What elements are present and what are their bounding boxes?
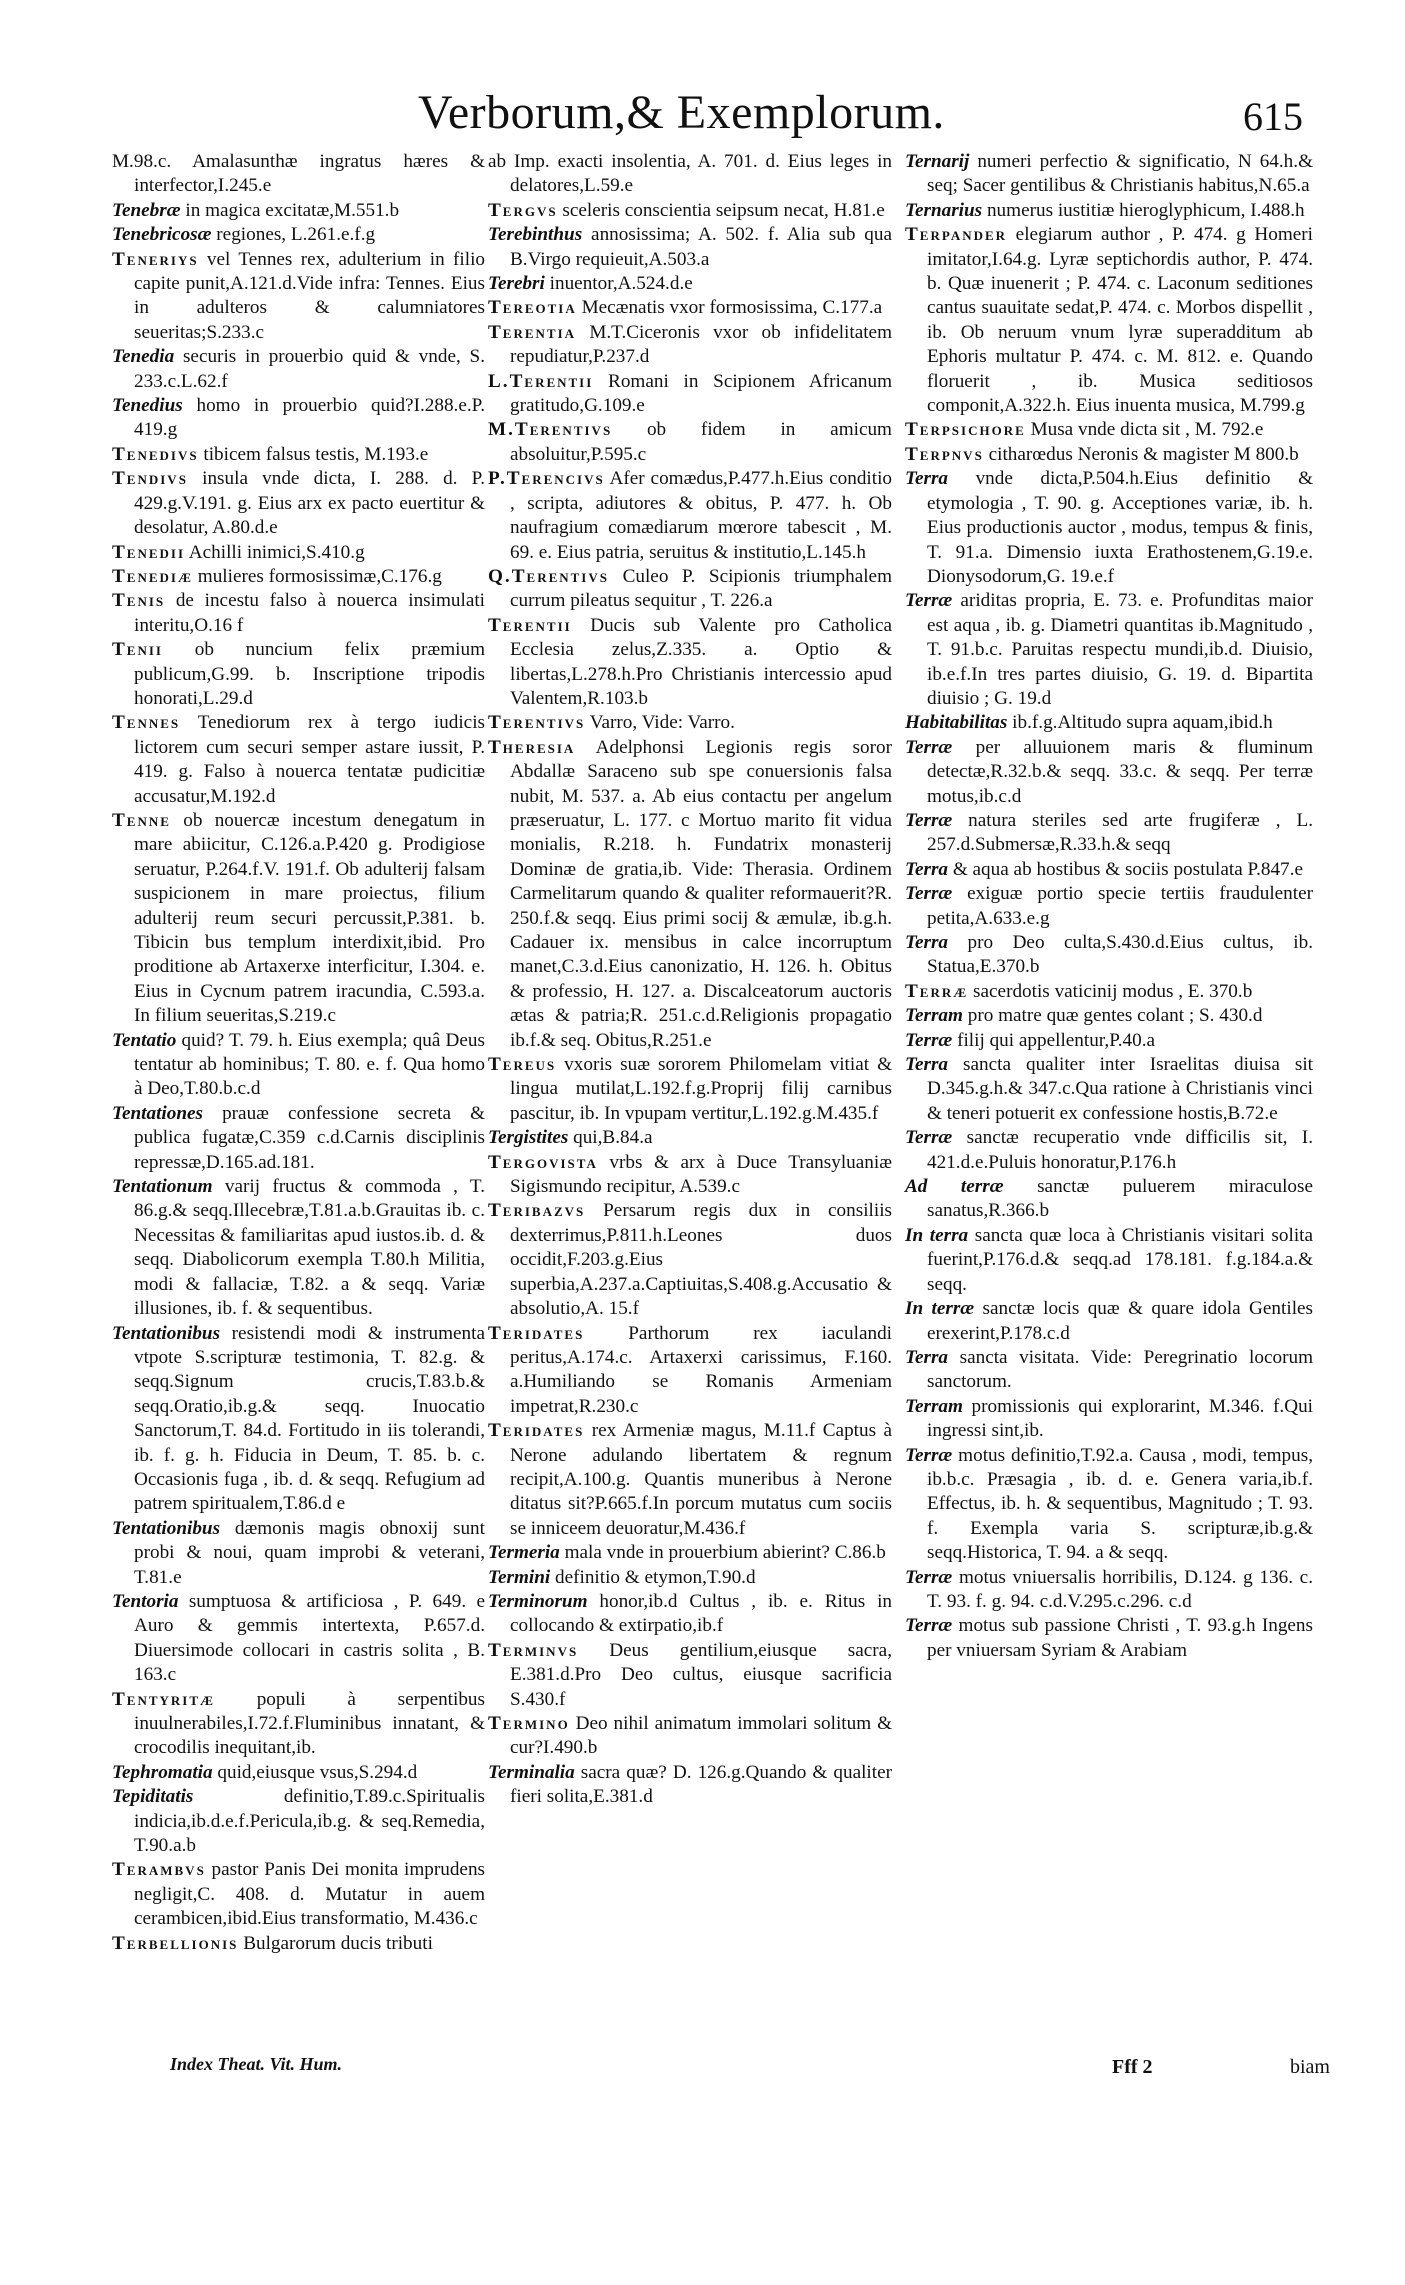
entry-headword: Tennes xyxy=(112,712,180,733)
entry-text: sancta quæ loca à Christianis visitari s… xyxy=(927,1225,1313,1295)
index-entry: Teridates Parthorum rex iaculandi peritu… xyxy=(488,1322,892,1420)
index-entry: Terra sancta qualiter inter Israelitas d… xyxy=(905,1053,1313,1126)
entry-headword: Terminalia xyxy=(488,1762,575,1783)
index-entry: Terbellionis Bulgarorum ducis tributi xyxy=(112,1932,485,1956)
entry-text: & aqua ab hostibus & sociis postulata P.… xyxy=(948,859,1303,880)
index-entry: In terræ sanctæ locis quæ & quare idola … xyxy=(905,1297,1313,1346)
entry-text: ob nouercæ incestum denegatum in mare ab… xyxy=(134,810,485,1026)
index-entry: Terræ sacerdotis vaticinij modus , E. 37… xyxy=(905,980,1313,1004)
entry-headword: Tentationum xyxy=(112,1176,213,1197)
entry-headword: Ad terræ xyxy=(905,1176,1004,1197)
entry-text: de incestu falso à nouerca insimulati in… xyxy=(134,590,485,635)
entry-text: numeri perfectio & significatio, N 64.h.… xyxy=(927,151,1313,196)
entry-text: filij qui appellentur,P.40.a xyxy=(952,1030,1155,1051)
index-entry: Terra vnde dicta,P.504.h.Eius definitio … xyxy=(905,467,1313,589)
entry-text: Mecænatis vxor formosissima, C.177.a xyxy=(577,297,882,318)
entry-headword: Tephromatia xyxy=(112,1762,213,1783)
entry-headword: Terra xyxy=(905,468,948,489)
entry-text: sancta visitata. Vide: Peregrinatio loco… xyxy=(927,1347,1313,1392)
entry-text: in magica excitatæ,M.551.b xyxy=(181,200,399,221)
index-entry: Terræ filij qui appellentur,P.40.a xyxy=(905,1029,1313,1053)
entry-headword: Tenedivs xyxy=(112,444,199,465)
page-number: 615 xyxy=(1243,93,1303,140)
entry-headword: Terræ xyxy=(905,1127,952,1148)
entry-headword: Tenedia xyxy=(112,346,174,367)
entry-text: motus definitio,T.92.a. Causa , modi, te… xyxy=(927,1445,1313,1564)
entry-headword: Tentyritæ xyxy=(112,1689,215,1710)
index-entry: Terram promissionis qui explorarint, M.3… xyxy=(905,1395,1313,1444)
index-entry: Tenebricosæ regiones, L.261.e.f.g xyxy=(112,223,485,247)
index-entry: Tentatio quid? T. 79. h. Eius exempla; q… xyxy=(112,1029,485,1102)
entry-headword: Tenebricosæ xyxy=(112,224,212,245)
entry-text: Achilli inimici,S.410.g xyxy=(185,542,365,563)
index-entry: Terræ sanctæ recuperatio vnde difficilis… xyxy=(905,1126,1313,1175)
entry-headword: Terræ xyxy=(905,810,952,831)
entry-text: tibicem falsus testis, M.193.e xyxy=(199,444,429,465)
index-entry: Tergvs sceleris conscientia seipsum neca… xyxy=(488,199,892,223)
entry-headword: Tentationes xyxy=(112,1103,203,1124)
entry-text: sanctæ locis quæ & quare idola Gentiles … xyxy=(927,1298,1313,1343)
entry-text: resistendi modi & instrumenta vtpote S.s… xyxy=(134,1323,485,1515)
entry-headword: Terra xyxy=(905,859,948,880)
index-column-right: Ternarij numeri perfectio & significatio… xyxy=(905,150,1313,1663)
entry-headword: Tereus xyxy=(488,1054,556,1075)
entry-text: Adelphonsi Legionis regis soror Abdallæ … xyxy=(510,737,892,1051)
index-entry: Tentationes prauæ confessione secreta & … xyxy=(112,1102,485,1175)
entry-headword: Terræ xyxy=(905,1030,952,1051)
entry-text: exiguæ portio specie tertiis fraudulente… xyxy=(927,883,1313,928)
entry-text: Musa vnde dicta sit , M. 792.e xyxy=(1026,419,1264,440)
index-entry: M.98.c. Amalasunthæ ingratus hæres & int… xyxy=(112,150,485,199)
entry-text: Varro, Vide: Varro. xyxy=(585,712,735,733)
index-entry: Terram pro matre quæ gentes colant ; S. … xyxy=(905,1004,1313,1028)
index-entry: Terræ motus sub passione Christi , T. 93… xyxy=(905,1614,1313,1663)
entry-text: citharœdus Neronis & magister M 800.b xyxy=(984,444,1299,465)
index-entry: Terræ motus definitio,T.92.a. Causa , mo… xyxy=(905,1444,1313,1566)
entry-headword: Tentatio xyxy=(112,1030,176,1051)
entry-text: definitio & etymon,T.90.d xyxy=(550,1567,755,1588)
index-entry: Tenedius homo in prouerbio quid?I.288.e.… xyxy=(112,394,485,443)
entry-headword: Termeria xyxy=(488,1542,560,1563)
entry-text: per alluuionem maris & fluminum detectæ,… xyxy=(927,737,1313,807)
entry-headword: Tenebræ xyxy=(112,200,181,221)
entry-headword: Tereotia xyxy=(488,297,577,318)
entry-headword: Tenii xyxy=(112,639,163,660)
page-header: Verborum,& Exemplorum. 615 xyxy=(0,85,1405,145)
entry-headword: Tepiditatis xyxy=(112,1786,193,1807)
entry-headword: Terentia xyxy=(488,322,576,343)
index-entry: Tenedii Achilli inimici,S.410.g xyxy=(112,541,485,565)
index-entry: P.Terencivs Afer comædus,P.477.h.Eius co… xyxy=(488,467,892,565)
entry-text: ob nuncium felix præmium publicum,G.99. … xyxy=(134,639,485,709)
index-entry: Tephromatia quid,eiusque vsus,S.294.d xyxy=(112,1761,485,1785)
entry-headword: Terræ xyxy=(905,883,952,904)
entry-headword: Teridates xyxy=(488,1420,584,1441)
index-entry: Tenebræ in magica excitatæ,M.551.b xyxy=(112,199,485,223)
entry-headword: Terbellionis xyxy=(112,1933,238,1954)
entry-text: vnde dicta,P.504.h.Eius definitio & etym… xyxy=(927,468,1313,587)
entry-headword: Tentoria xyxy=(112,1591,178,1612)
entry-headword: Tentationibus xyxy=(112,1323,220,1344)
running-title: Verborum,& Exemplorum. xyxy=(418,85,945,140)
entry-text: sanctæ recuperatio vnde difficilis sit, … xyxy=(927,1127,1313,1172)
entry-headword: Teribazvs xyxy=(488,1200,585,1221)
entry-text: motus sub passione Christi , T. 93.g.h I… xyxy=(927,1615,1313,1660)
index-column-middle: ab Imp. exacti insolentia, A. 701. d. Ei… xyxy=(488,150,892,1810)
entry-headword: Terentii xyxy=(488,615,572,636)
entry-text: Tenediorum rex à tergo iudicis lictorem … xyxy=(134,712,485,806)
index-entry: Tennes Tenediorum rex à tergo iudicis li… xyxy=(112,711,485,809)
entry-headword: Termino xyxy=(488,1713,570,1734)
entry-headword: Terentivs xyxy=(488,712,585,733)
entry-headword: Terræ xyxy=(905,1615,952,1636)
entry-text: pro Deo culta,S.430.d.Eius cultus, ib. S… xyxy=(927,932,1313,977)
entry-headword: Terram xyxy=(905,1396,963,1417)
entry-text: ib.f.g.Altitudo supra aquam,ibid.h xyxy=(1007,712,1272,733)
entry-text: Bulgarorum ducis tributi xyxy=(238,1933,433,1954)
entry-headword: Ternarij xyxy=(905,151,969,172)
entry-headword: Tenne xyxy=(112,810,171,831)
index-entry: ab Imp. exacti insolentia, A. 701. d. Ei… xyxy=(488,150,892,199)
entry-headword: M.Terentivs xyxy=(488,419,612,440)
entry-text: quid,eiusque vsus,S.294.d xyxy=(213,1762,418,1783)
entry-headword: L.Terentii xyxy=(488,371,593,392)
entry-headword: Ternarius xyxy=(905,200,982,221)
index-entry: Ternarij numeri perfectio & significatio… xyxy=(905,150,1313,199)
index-entry: Terræ per alluuionem maris & fluminum de… xyxy=(905,736,1313,809)
entry-headword: Tendivs xyxy=(112,468,188,489)
index-entry: L.Terentii Romani in Scipionem Africanum… xyxy=(488,370,892,419)
index-entry: Teribazvs Persarum regis dux in consilii… xyxy=(488,1199,892,1321)
entry-text: ariditas propria, E. 73. e. Profunditas … xyxy=(927,590,1313,709)
index-entry: Tereotia Mecænatis vxor formosissima, C.… xyxy=(488,296,892,320)
entry-headword: In terræ xyxy=(905,1298,974,1319)
entry-headword: Terpander xyxy=(905,224,1007,245)
index-entry: Terminorum honor,ib.d Cultus , ib. e. Ri… xyxy=(488,1590,892,1639)
entry-headword: Habitabilitas xyxy=(905,712,1007,733)
index-entry: Terentia M.T.Ciceronis vxor ob infidelit… xyxy=(488,321,892,370)
catchword: biam xyxy=(1290,2056,1330,2079)
entry-text: qui,B.84.a xyxy=(568,1127,652,1148)
entry-text: mala vnde in prouerbium abierint? C.86.b xyxy=(560,1542,886,1563)
entry-headword: Terram xyxy=(905,1005,963,1026)
entry-text: promissionis qui explorarint, M.346. f.Q… xyxy=(927,1396,1313,1441)
entry-text: homo in prouerbio quid?I.288.e.P. 419.g xyxy=(134,395,485,440)
index-entry: Terra pro Deo culta,S.430.d.Eius cultus,… xyxy=(905,931,1313,980)
index-entry: Tenii ob nuncium felix præmium publicum,… xyxy=(112,638,485,711)
index-entry: In terra sancta quæ loca à Christianis v… xyxy=(905,1224,1313,1297)
entry-text: vxoris suæ sororem Philomelam vitiat & l… xyxy=(510,1054,892,1124)
index-entry: Terræ ariditas propria, E. 73. e. Profun… xyxy=(905,589,1313,711)
entry-headword: Terræ xyxy=(905,981,968,1002)
index-entry: Tenis de incestu falso à nouerca insimul… xyxy=(112,589,485,638)
entry-headword: P.Terencivs xyxy=(488,468,605,489)
index-entry: Terentii Ducis sub Valente pro Catholica… xyxy=(488,614,892,712)
entry-headword: Terebri xyxy=(488,273,545,294)
signature-mark: Fff 2 xyxy=(1112,2056,1153,2079)
entry-text: elegiarum author , P. 474. g Homeri imit… xyxy=(927,224,1313,416)
entry-headword: Terpsichore xyxy=(905,419,1026,440)
index-entry: Tentyritæ populi à serpentibus inuulnera… xyxy=(112,1688,485,1761)
entry-headword: Terra xyxy=(905,1054,948,1075)
index-entry: Ternarius numerus iustitiæ hieroglyphicu… xyxy=(905,199,1313,223)
index-entry: Terebinthus annosissima; A. 502. f. Alia… xyxy=(488,223,892,272)
index-entry: Tentationum varij fructus & commoda , T.… xyxy=(112,1175,485,1321)
entry-text: sumptuosa & artificiosa , P. 649. e Auro… xyxy=(134,1591,485,1685)
index-entry: Terpnvs citharœdus Neronis & magister M … xyxy=(905,443,1313,467)
entry-text: sancta qualiter inter Israelitas diuisa … xyxy=(927,1054,1313,1124)
index-entry: Terræ exiguæ portio specie tertiis fraud… xyxy=(905,882,1313,931)
index-entry: Tergistites qui,B.84.a xyxy=(488,1126,892,1150)
entry-headword: Terræ xyxy=(905,1445,952,1466)
index-entry: Terambvs pastor Panis Dei monita imprude… xyxy=(112,1858,485,1931)
entry-text: numerus iustitiæ hieroglyphicum, I.488.h xyxy=(982,200,1304,221)
entry-text: securis in prouerbio quid & vnde, S. 233… xyxy=(134,346,485,391)
index-entry: Terra & aqua ab hostibus & sociis postul… xyxy=(905,858,1313,882)
index-entry: Tereus vxoris suæ sororem Philomelam vit… xyxy=(488,1053,892,1126)
entry-headword: Terra xyxy=(905,932,948,953)
entry-headword: Terræ xyxy=(905,737,952,758)
entry-headword: Terminorum xyxy=(488,1591,588,1612)
entry-text: sceleris conscientia seipsum necat, H.81… xyxy=(558,200,885,221)
index-entry: Terebri inuentor,A.524.d.e xyxy=(488,272,892,296)
index-entry: Termini definitio & etymon,T.90.d xyxy=(488,1566,892,1590)
entry-headword: Theresia xyxy=(488,737,575,758)
index-entry: Terentivs Varro, Vide: Varro. xyxy=(488,711,892,735)
index-column-left: M.98.c. Amalasunthæ ingratus hæres & int… xyxy=(112,150,485,1956)
entry-headword: Tenediæ xyxy=(112,566,193,587)
entry-text: regiones, L.261.e.f.g xyxy=(212,224,376,245)
index-entry: Ad terræ sanctæ puluerem miraculose sana… xyxy=(905,1175,1313,1224)
entry-text: inuentor,A.524.d.e xyxy=(545,273,693,294)
index-entry: Tendivs insula vnde dicta, I. 288. d. P.… xyxy=(112,467,485,540)
entry-headword: Terræ xyxy=(905,590,952,611)
entry-text: motus vniuersalis horribilis, D.124. g 1… xyxy=(927,1567,1313,1612)
index-entry: Tergovista vrbs & arx à Duce Transyluani… xyxy=(488,1151,892,1200)
entry-headword: In terra xyxy=(905,1225,968,1246)
index-entry: Terræ motus vniuersalis horribilis, D.12… xyxy=(905,1566,1313,1615)
entry-text: pro matre quæ gentes colant ; S. 430.d xyxy=(963,1005,1263,1026)
entry-headword: Terra xyxy=(905,1347,948,1368)
entry-headword: Terebinthus xyxy=(488,224,582,245)
index-entry: Habitabilitas ib.f.g.Altitudo supra aqua… xyxy=(905,711,1313,735)
index-entry: M.Terentivs ob fidem in amicum absoluitu… xyxy=(488,418,892,467)
entry-headword: Tergovista xyxy=(488,1152,598,1173)
index-entry: Teneriys vel Tennes rex, adulterium in f… xyxy=(112,248,485,346)
index-entry: Terpsichore Musa vnde dicta sit , M. 792… xyxy=(905,418,1313,442)
index-entry: Tentationibus resistendi modi & instrume… xyxy=(112,1322,485,1517)
entry-text: sacerdotis vaticinij modus , E. 370.b xyxy=(968,981,1252,1002)
entry-headword: Terpnvs xyxy=(905,444,984,465)
entry-text: mulieres formosissimæ,C.176.g xyxy=(193,566,442,587)
entry-text: M.98.c. Amalasunthæ ingratus hæres & int… xyxy=(112,151,485,196)
index-entry: Tenne ob nouercæ incestum denegatum in m… xyxy=(112,809,485,1029)
entry-headword: Teneriys xyxy=(112,249,199,270)
entry-headword: Tergistites xyxy=(488,1127,568,1148)
entry-headword: Tergvs xyxy=(488,200,558,221)
imprint-line: Index Theat. Vit. Hum. xyxy=(170,2054,342,2075)
index-entry: Teridates rex Armeniæ magus, M.11.f Capt… xyxy=(488,1419,892,1541)
index-entry: Q.Terentivs Culeo P. Scipionis triumphal… xyxy=(488,565,892,614)
entry-headword: Terræ xyxy=(905,1567,952,1588)
index-entry: Terminvs Deus gentilium,eiusque sacra, E… xyxy=(488,1639,892,1712)
index-entry: Termeria mala vnde in prouerbium abierin… xyxy=(488,1541,892,1565)
entry-headword: Tenedii xyxy=(112,542,185,563)
entry-text: ab Imp. exacti insolentia, A. 701. d. Ei… xyxy=(488,151,892,196)
index-entry: Tentoria sumptuosa & artificiosa , P. 64… xyxy=(112,1590,485,1688)
entry-text: quid? T. 79. h. Eius exempla; quâ Deus t… xyxy=(134,1030,485,1100)
entry-headword: Terambvs xyxy=(112,1859,206,1880)
index-entry: Terra sancta visitata. Vide: Peregrinati… xyxy=(905,1346,1313,1395)
index-entry: Theresia Adelphonsi Legionis regis soror… xyxy=(488,736,892,1053)
entry-headword: Q.Terentivs xyxy=(488,566,609,587)
index-entry: Tenedia securis in prouerbio quid & vnde… xyxy=(112,345,485,394)
entry-headword: Tentationibus xyxy=(112,1518,220,1539)
entry-headword: Termini xyxy=(488,1567,550,1588)
entry-text: varij fructus & commoda , T. 86.g.& seqq… xyxy=(134,1176,485,1319)
index-entry: Terpander elegiarum author , P. 474. g H… xyxy=(905,223,1313,418)
index-entry: Tepiditatis definitio,T.89.c.Spiritualis… xyxy=(112,1785,485,1858)
index-entry: Tentationibus dæmonis magis obnoxij sunt… xyxy=(112,1517,485,1590)
entry-headword: Tenedius xyxy=(112,395,183,416)
index-entry: Tenedivs tibicem falsus testis, M.193.e xyxy=(112,443,485,467)
entry-headword: Terminvs xyxy=(488,1640,578,1661)
entry-headword: Tenis xyxy=(112,590,165,611)
index-entry: Terminalia sacra quæ? D. 126.g.Quando & … xyxy=(488,1761,892,1810)
entry-headword: Teridates xyxy=(488,1323,584,1344)
index-entry: Tenediæ mulieres formosissimæ,C.176.g xyxy=(112,565,485,589)
index-entry: Terræ natura steriles sed arte frugiferæ… xyxy=(905,809,1313,858)
index-entry: Termino Deo nihil animatum immolari soli… xyxy=(488,1712,892,1761)
entry-text: natura steriles sed arte frugiferæ , L. … xyxy=(927,810,1313,855)
